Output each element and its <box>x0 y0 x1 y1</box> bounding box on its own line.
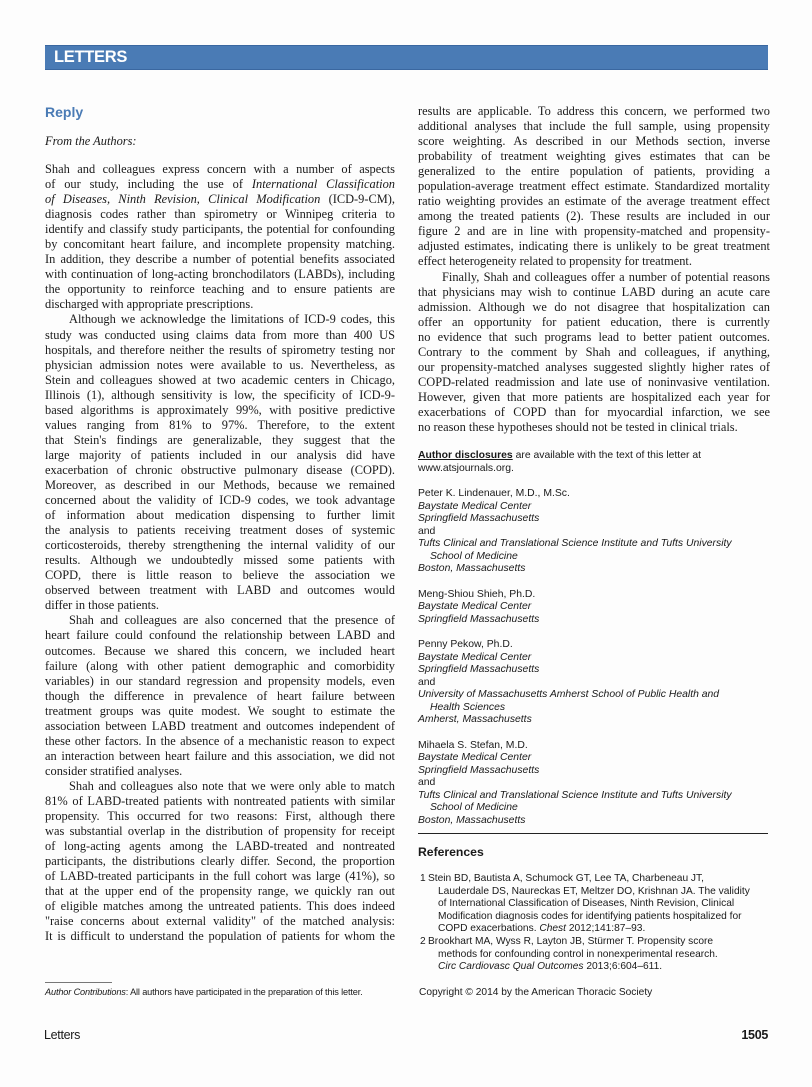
body-text-line: an interaction between heart failure and… <box>45 749 395 764</box>
body-text-line: our propensity-matched analyses suggeste… <box>418 360 770 375</box>
references-heading: References <box>418 844 770 860</box>
body-text-line: of our study, including the use of Inter… <box>45 177 395 192</box>
disclosure-text: are available with the text of this lett… <box>513 450 701 461</box>
body-text-line: no evidence that such programs lead to b… <box>418 330 770 345</box>
body-text-line: heart failure could confound the relatio… <box>45 628 395 643</box>
body-text-line: probability of treatment weighting gives… <box>418 149 770 164</box>
body-text-line: the opportunity to reinforce teaching an… <box>45 282 395 297</box>
reference-text-line: COPD exacerbations. Chest 2012;141:87–93… <box>428 923 770 936</box>
body-text-line: was substantial overlap in the distribut… <box>45 824 395 839</box>
body-text-line: that physicians may wish to continue LAB… <box>418 285 770 300</box>
author-affiliation: School of Medicine <box>418 802 770 815</box>
body-text-line: Although we acknowledge the limitations … <box>45 312 395 327</box>
body-text-line: Shah and colleagues express concern with… <box>45 162 395 177</box>
footnote-divider <box>45 982 112 983</box>
reference-text-line: Brookhart MA, Wyss R, Layton JB, Stürmer… <box>428 936 770 949</box>
body-text-line: discharged with appropriate prescription… <box>45 297 395 312</box>
body-text-line: COPD-related readmission and late use of… <box>418 375 770 390</box>
body-text-line: It is difficult to understand the popula… <box>45 929 395 944</box>
author-affiliation: Baystate Medical Center <box>418 752 770 765</box>
body-text-line: adjusted estimates, indicating there is … <box>418 239 770 254</box>
body-text-line: by concomitant heart failure, and incomp… <box>45 237 395 252</box>
body-text-line: COPD, there is little reason to believe … <box>45 568 395 583</box>
reference-item: 1Stein BD, Bautista A, Schumock GT, Lee … <box>418 873 770 936</box>
body-text-line: exacerbations of COPD than for myocardia… <box>418 405 770 420</box>
body-text-line: admission. Although we do not disagree t… <box>418 300 770 315</box>
disclosure-url[interactable]: www.atsjournals.org. <box>418 463 514 474</box>
author-affiliation: Tufts Clinical and Translational Science… <box>418 538 770 551</box>
body-text-line: Contrary to the comment by Shah and coll… <box>418 345 770 360</box>
body-text-line: "raise concerns about external validity"… <box>45 914 395 929</box>
author-affiliation: Baystate Medical Center <box>418 501 770 514</box>
author-affiliation: Tufts Clinical and Translational Science… <box>418 790 770 803</box>
author-affiliation: Baystate Medical Center <box>418 652 770 665</box>
body-text-line: of Diseases, Ninth Revision, Clinical Mo… <box>45 192 395 207</box>
affiliation-conjunction: and <box>418 526 770 539</box>
body-text-line: study was conducted using claims data fr… <box>45 328 395 343</box>
article-title: Reply <box>45 102 395 122</box>
author-affiliation: Boston, Massachusetts <box>418 563 770 576</box>
body-text-line: physician admission notes were available… <box>45 358 395 373</box>
section-label: LETTERS <box>54 48 127 67</box>
body-text-line: outcomes. Because we shared this concern… <box>45 644 395 659</box>
author-affiliation: University of Massachusetts Amherst Scho… <box>418 689 770 702</box>
author-affiliation: Health Sciences <box>418 702 770 715</box>
body-text-line: identify and classify study participants… <box>45 222 395 237</box>
body-text-line: based algorithms is approximately 99%, w… <box>45 403 395 418</box>
body-text-line: failure (along with other patient demogr… <box>45 659 395 674</box>
body-text-line: of information about medication dispensi… <box>45 508 395 523</box>
author-affiliation: Springfield Massachusetts <box>418 614 770 627</box>
body-text-line: variables) in our standard regression an… <box>45 674 395 689</box>
right-column: results are applicable. To address this … <box>418 104 770 974</box>
body-text-line: concerned about the validity of ICD-9 co… <box>45 493 395 508</box>
footnote-text: : All authors have participated in the p… <box>126 987 363 997</box>
body-text-line: the analysis to patients receiving treat… <box>45 523 395 538</box>
reference-text-line: Circ Cardiovasc Qual Outcomes 2013;6:604… <box>428 961 770 974</box>
body-text-line: Illinois (1), although sensitivity is lo… <box>45 388 395 403</box>
footnote-label: Author Contributions <box>45 987 126 997</box>
body-text-line: results are applicable. To address this … <box>418 104 770 119</box>
reference-text-line: of International Classification of Disea… <box>428 898 770 911</box>
author-affiliation: Springfield Massachusetts <box>418 664 770 677</box>
author-affiliation: Boston, Massachusetts <box>418 815 770 828</box>
body-text-line: propensity. This occurred for two reason… <box>45 809 395 824</box>
body-text-line: these other factors. In the absence of a… <box>45 734 395 749</box>
body-text-line: observed between treatment with LABD and… <box>45 583 395 598</box>
right-body-text: results are applicable. To address this … <box>418 104 770 435</box>
reference-text-line: Modification diagnosis codes for identif… <box>428 911 770 924</box>
body-text-line: association between LABD treatment and o… <box>45 719 395 734</box>
body-text-line: results. Although we undoubtedly missed … <box>45 553 395 568</box>
body-text-line: that at the upper end of the propensity … <box>45 884 395 899</box>
page-number: 1505 <box>741 1028 768 1042</box>
body-text-line: though the difference in prevalence of h… <box>45 689 395 704</box>
author-name: Meng-Shiou Shieh, Ph.D. <box>418 589 770 602</box>
author-name: Peter K. Lindenauer, M.D., M.Sc. <box>418 488 770 501</box>
body-text-line: ratio weighting provides an estimate of … <box>418 194 770 209</box>
references-divider <box>418 833 768 834</box>
author-disclosures-link[interactable]: Author disclosures <box>418 450 513 461</box>
author-name: Penny Pekow, Ph.D. <box>418 639 770 652</box>
reference-text-line: Stein BD, Bautista A, Schumock GT, Lee T… <box>428 873 770 886</box>
body-text-line: large majority of patients included in o… <box>45 448 395 463</box>
reference-text-line: methods for confounding control in nonex… <box>428 949 770 962</box>
body-text-line: of long-acting agents among the LABD-tre… <box>45 839 395 854</box>
copyright-notice: Copyright © 2014 by the American Thoraci… <box>419 987 652 998</box>
left-column: Reply From the Authors: Shah and colleag… <box>45 102 395 944</box>
body-text-line: with continuation of long-acting broncho… <box>45 267 395 282</box>
body-text-line: In addition, they describe a number of p… <box>45 252 395 267</box>
body-text-line: Shah and colleagues are also concerned t… <box>45 613 395 628</box>
body-text-line: However, given that more patients are ho… <box>418 390 770 405</box>
body-text-line: generalized to the entire population of … <box>418 164 770 179</box>
body-text-line: no reason these hypotheses should not be… <box>418 420 770 435</box>
body-text-line: Shah and colleagues also note that we we… <box>45 779 395 794</box>
from-authors-line: From the Authors: <box>45 134 395 149</box>
author-entry: Mihaela S. Stefan, M.D.Baystate Medical … <box>418 740 770 828</box>
author-affiliation: Amherst, Massachusetts <box>418 714 770 727</box>
left-body-text: Shah and colleagues express concern with… <box>45 162 395 944</box>
body-text-line: values ranging from 81% to 97%. Therefor… <box>45 418 395 433</box>
body-text-line: effect heterogeneity related to propensi… <box>418 254 770 269</box>
body-text-line: population-average treatment effect esti… <box>418 179 770 194</box>
author-entry: Peter K. Lindenauer, M.D., M.Sc.Baystate… <box>418 488 770 576</box>
body-text-line: diagnosis codes rather than spirometry o… <box>45 207 395 222</box>
body-text-line: exacerbation of chronic obstructive pulm… <box>45 463 395 478</box>
body-text-line: corticosteroids, thereby strengthening t… <box>45 538 395 553</box>
body-text-line: score weighting. As described in our Met… <box>418 134 770 149</box>
author-entry: Meng-Shiou Shieh, Ph.D.Baystate Medical … <box>418 589 770 627</box>
author-affiliation: Baystate Medical Center <box>418 601 770 614</box>
reference-text-line: Lauderdale DS, Naureckas ET, Meltzer DO,… <box>428 886 770 899</box>
body-text-line: among the treated patients (2). These re… <box>418 209 770 224</box>
author-name: Mihaela S. Stefan, M.D. <box>418 740 770 753</box>
author-list: Peter K. Lindenauer, M.D., M.Sc.Baystate… <box>418 488 770 827</box>
references-list: 1Stein BD, Bautista A, Schumock GT, Lee … <box>418 873 770 974</box>
reference-item: 2Brookhart MA, Wyss R, Layton JB, Stürme… <box>418 936 770 974</box>
author-affiliation: Springfield Massachusetts <box>418 513 770 526</box>
body-text-line: differ in those patients. <box>45 598 395 613</box>
body-text-line: offer an opportunity for patient educati… <box>418 315 770 330</box>
author-disclosures: Author disclosures are available with th… <box>418 450 770 475</box>
affiliation-conjunction: and <box>418 677 770 690</box>
author-affiliation: School of Medicine <box>418 551 770 564</box>
body-text-line: 81% of LABD-treated patients with nontre… <box>45 794 395 809</box>
section-header-bar: LETTERS <box>45 45 768 70</box>
body-text-line: that Stein's findings are generalizable,… <box>45 433 395 448</box>
footer-section-name: Letters <box>44 1028 80 1042</box>
body-text-line: Stein and colleagues showed at two acade… <box>45 373 395 388</box>
body-text-line: of eligible matches among the untreated … <box>45 899 395 914</box>
body-text-line: hospitals, and therefore neither the res… <box>45 343 395 358</box>
body-text-line: figure 2 and are in line with propensity… <box>418 224 770 239</box>
body-text-line: of LABD-treated participants in the full… <box>45 869 395 884</box>
body-text-line: participants, the distributions clearly … <box>45 854 395 869</box>
author-entry: Penny Pekow, Ph.D.Baystate Medical Cente… <box>418 639 770 727</box>
author-affiliation: Springfield Massachusetts <box>418 765 770 778</box>
reference-number: 1 <box>420 873 426 886</box>
body-text-line: Moreover, as described in our Methods, b… <box>45 478 395 493</box>
body-text-line: consider stratified analyses. <box>45 764 395 779</box>
body-text-line: treatment groups was quite modest. We so… <box>45 704 395 719</box>
reference-number: 2 <box>420 936 426 949</box>
body-text-line: Finally, Shah and colleagues offer a num… <box>418 270 770 285</box>
body-text-line: additional analyses that include the ful… <box>418 119 770 134</box>
affiliation-conjunction: and <box>418 777 770 790</box>
author-contributions-footnote: Author Contributions: All authors have p… <box>45 987 363 997</box>
